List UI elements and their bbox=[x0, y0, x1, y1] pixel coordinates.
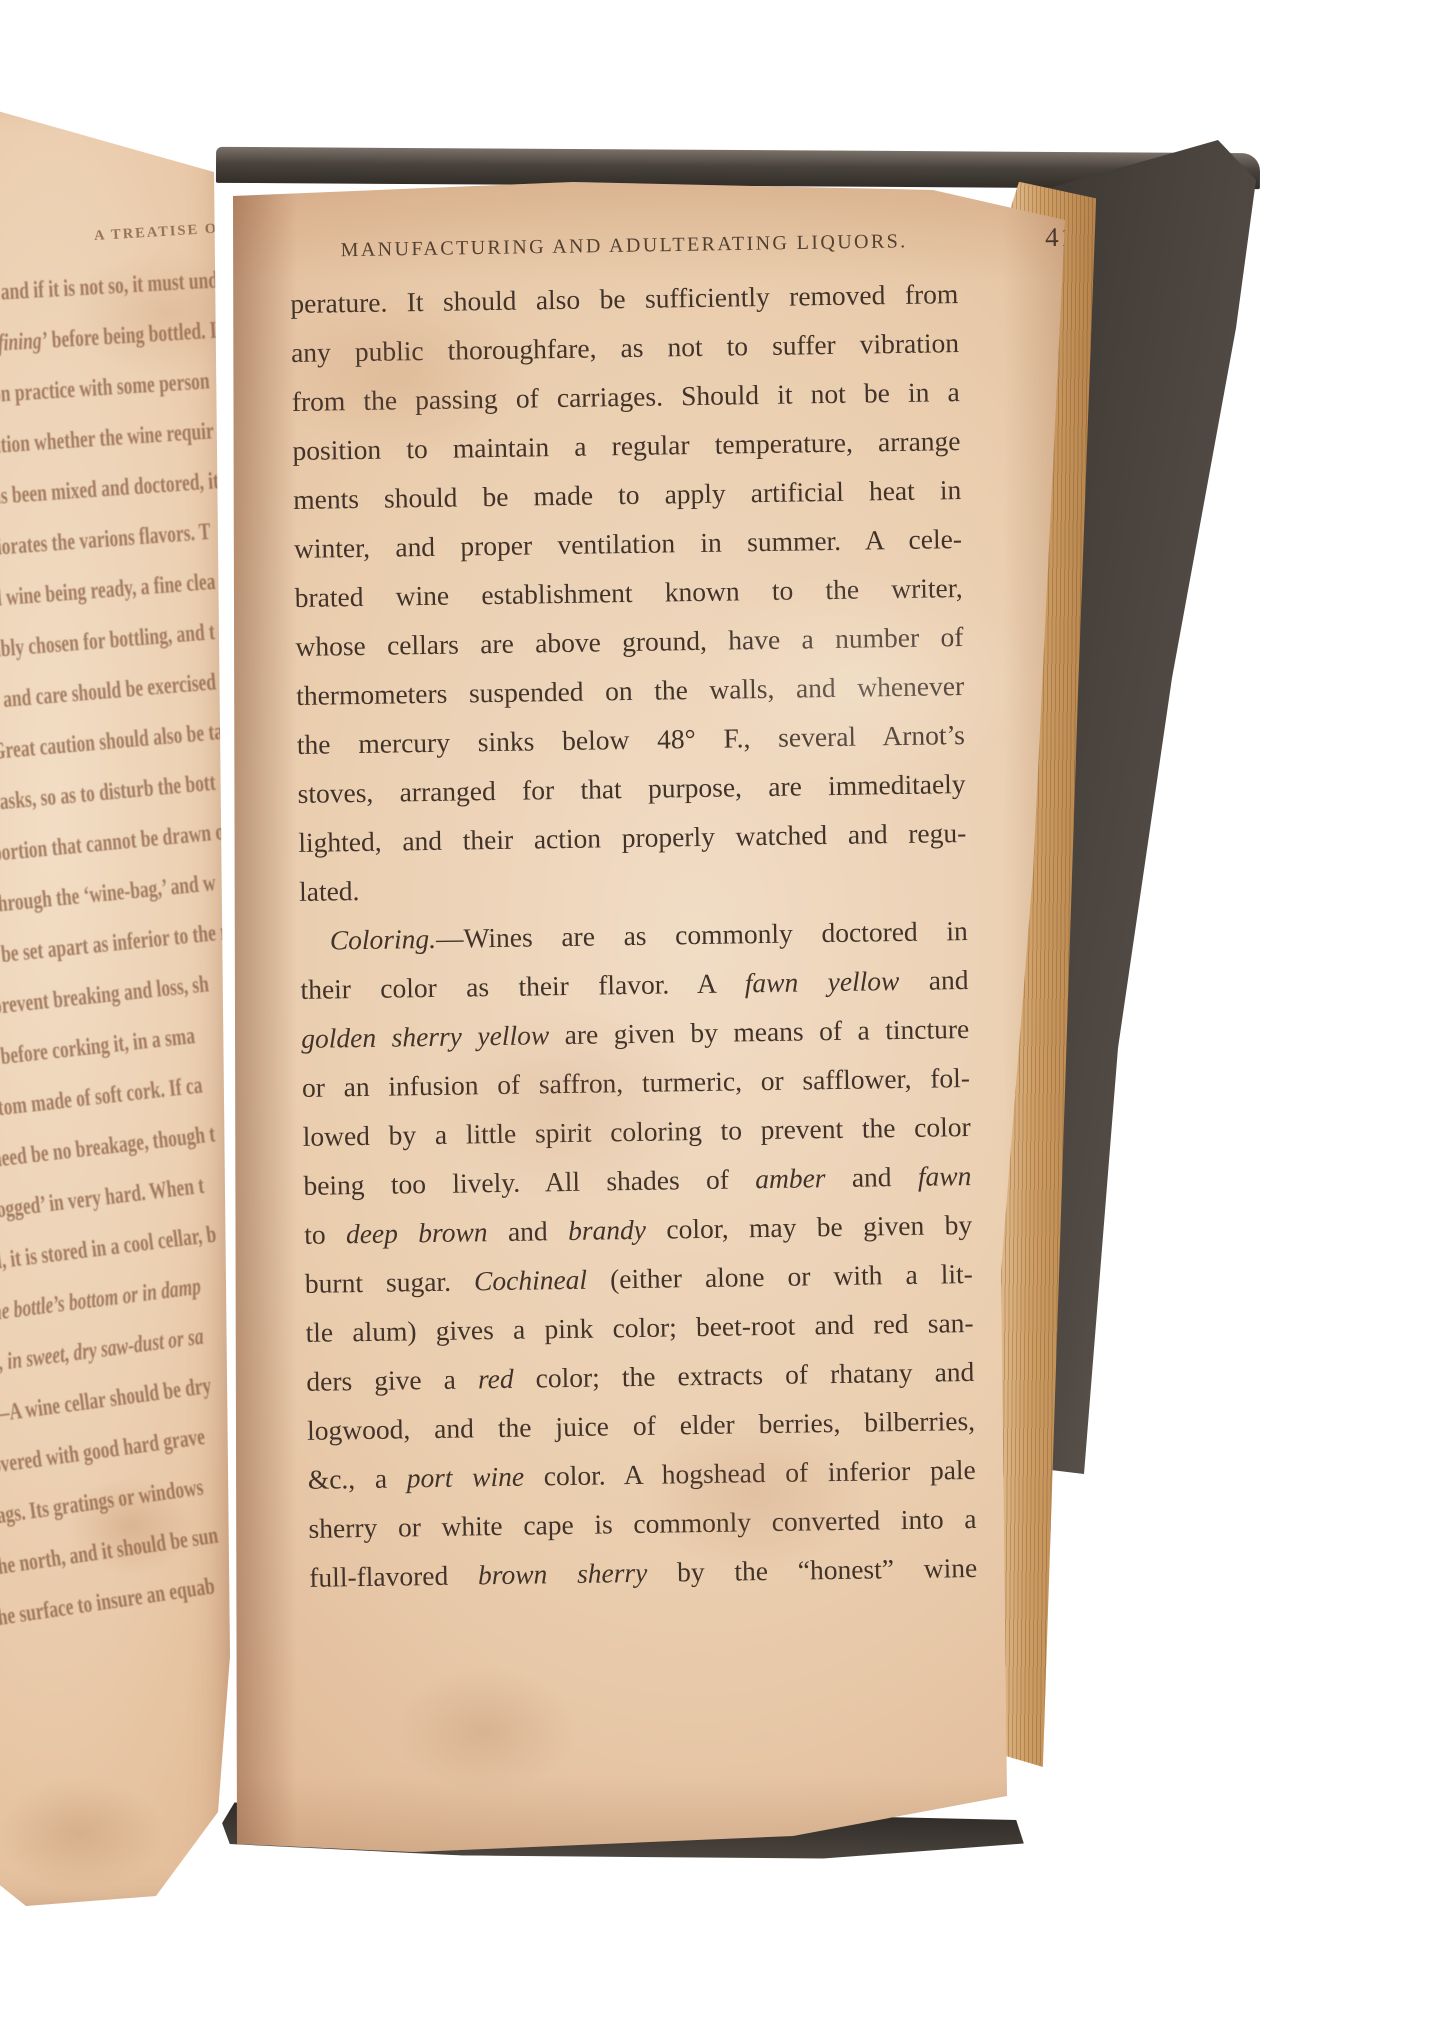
right-page-text-line: lighted, and their action properly watch… bbox=[298, 808, 967, 867]
right-page-running-header: MANUFACTURING AND ADULTERATING LIQUORS. … bbox=[290, 230, 958, 263]
right-page-text-block: perature. It should also be sufficiently… bbox=[290, 269, 978, 1602]
running-header-title: MANUFACTURING AND ADULTERATING LIQUORS. bbox=[341, 230, 908, 261]
open-book-photo: A TREATISE ON , and if it is not so, it … bbox=[0, 0, 1445, 2023]
right-page-text-line: full-flavored brown sherry by the “hones… bbox=[309, 1543, 978, 1602]
right-page: MANUFACTURING AND ADULTERATING LIQUORS. … bbox=[233, 172, 1073, 1866]
left-page-running-header: A TREATISE ON bbox=[94, 220, 231, 245]
left-page-text-block: , and if it is not so, it must unde‘fini… bbox=[0, 268, 262, 1645]
left-page: A TREATISE ON , and if it is not so, it … bbox=[0, 96, 250, 1906]
